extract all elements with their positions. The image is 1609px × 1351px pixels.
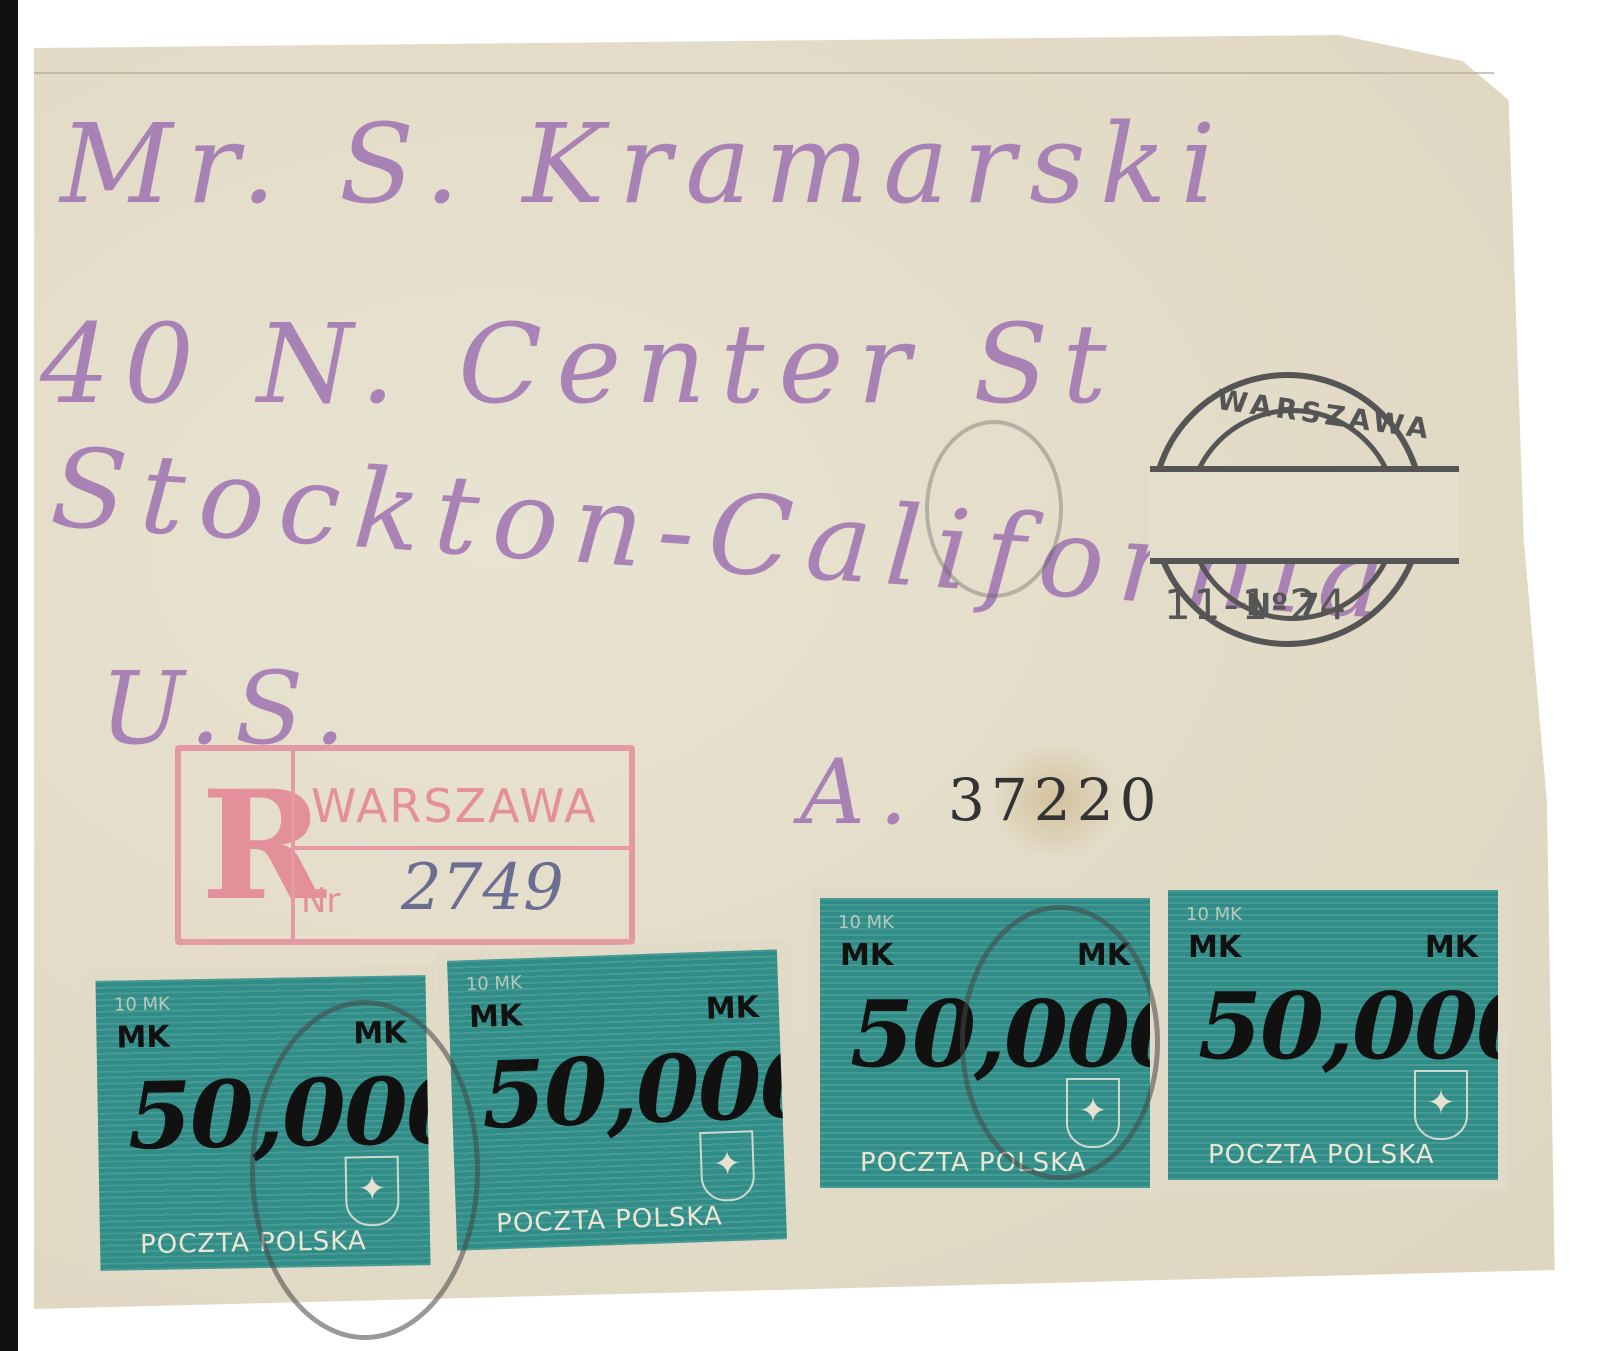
envelope-fold-line	[34, 72, 1494, 74]
registration-label: R WARSZAWA Nr 2749	[175, 745, 635, 945]
stamp-label: POCZTA POLSKA	[1208, 1140, 1435, 1170]
registration-city: WARSZAWA	[311, 779, 598, 833]
stamp-original-value: 10 MK	[838, 912, 894, 933]
postmark-office-number: Nº 7	[1246, 588, 1319, 623]
registration-nr-prefix: Nr	[301, 881, 340, 921]
postmark-date-band: 11-1-24	[1150, 466, 1459, 564]
postmark: 11-1-24 WARSZAWA Nº 7	[1150, 372, 1425, 647]
stamp-overprint-unit: MK	[840, 938, 893, 973]
postage-stamp: 10 MK MK MK 50,000 ✦ POCZTA POLSKA	[1168, 890, 1498, 1180]
stamp-overprint-unit: MK	[1425, 930, 1478, 965]
stamp-overprint-value: 50,000	[1198, 972, 1498, 1080]
stamp-cancel-mark	[250, 1000, 480, 1340]
registration-number: 2749	[401, 851, 564, 925]
postage-stamp: 10 MK MK MK 50,000 ✦ POCZTA POLSKA	[447, 949, 787, 1250]
serial-number: 37220	[948, 766, 1163, 834]
stamp-overprint-unit: MK	[468, 998, 522, 1035]
eagle-icon: ✦	[1414, 1070, 1468, 1140]
stamp-overprint-unit: MK	[705, 990, 759, 1027]
registration-hline	[291, 846, 629, 850]
address-line-street: 40 N. Center St	[40, 300, 1121, 428]
faint-cancel-mark	[925, 420, 1063, 598]
stamp-overprint-unit: MK	[1188, 930, 1241, 965]
scanner-edge	[0, 0, 18, 1351]
stamp-original-value: 10 MK	[466, 972, 523, 995]
eagle-icon: ✦	[699, 1130, 755, 1202]
stamp-original-value: 10 MK	[114, 994, 170, 1016]
stamp-original-value: 10 MK	[1186, 904, 1242, 925]
address-line-name: Mr. S. Kramarski	[60, 100, 1230, 228]
stamp-overprint-unit: MK	[116, 1020, 170, 1056]
address-line-country-suffix: A.	[800, 740, 922, 845]
stamp-cancel-mark	[960, 905, 1160, 1180]
